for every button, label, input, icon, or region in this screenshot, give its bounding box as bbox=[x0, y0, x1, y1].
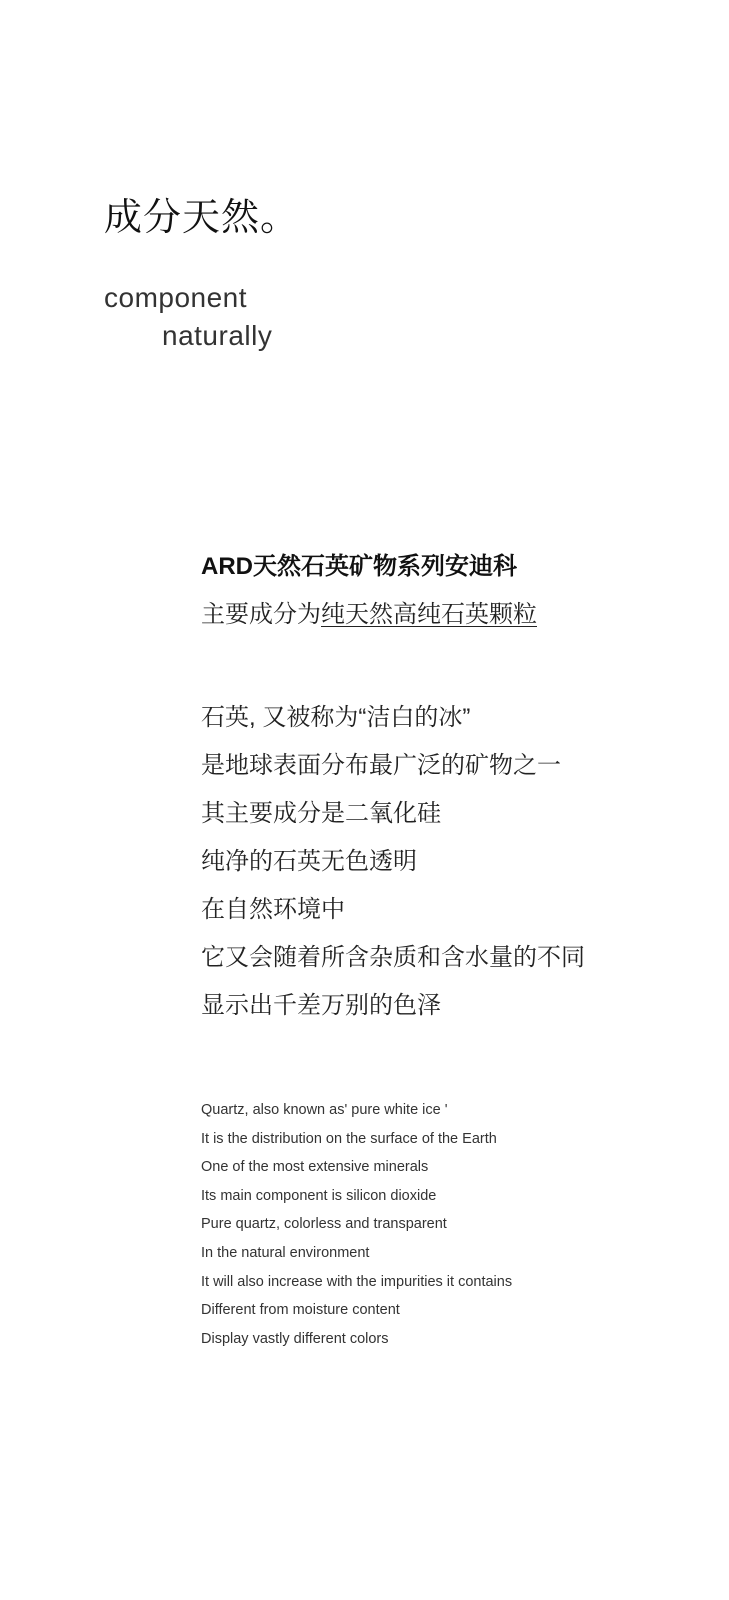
cn-line: 石英, 又被称为“洁白的冰” bbox=[201, 694, 585, 742]
en-line: It will also increase with the impuritie… bbox=[201, 1268, 512, 1297]
en-line: One of the most extensive minerals bbox=[201, 1153, 512, 1182]
chinese-description: 石英, 又被称为“洁白的冰” 是地球表面分布最广泛的矿物之一 其主要成分是二氧化… bbox=[201, 694, 585, 1030]
en-line: It is the distribution on the surface of… bbox=[201, 1125, 512, 1154]
en-line: Display vastly different colors bbox=[201, 1325, 512, 1354]
intro-heading: ARD天然石英矿物系列安迪科 bbox=[201, 552, 537, 582]
en-line: Different from moisture content bbox=[201, 1296, 512, 1325]
cn-line: 显示出千差万别的色泽 bbox=[201, 982, 585, 1030]
section-title-cn: 成分天然。 bbox=[104, 196, 299, 240]
section-title-en-line2: naturally bbox=[162, 320, 272, 352]
intro-subheading: 主要成分为纯天然高纯石英颗粒 bbox=[201, 600, 537, 630]
intro-block: ARD天然石英矿物系列安迪科 主要成分为纯天然高纯石英颗粒 bbox=[201, 552, 537, 630]
en-line: In the natural environment bbox=[201, 1239, 512, 1268]
cn-line: 是地球表面分布最广泛的矿物之一 bbox=[201, 742, 585, 790]
cn-line: 纯净的石英无色透明 bbox=[201, 838, 585, 886]
section-title-en-line1: component bbox=[104, 282, 247, 314]
en-line: Its main component is silicon dioxide bbox=[201, 1182, 512, 1211]
intro-sub-prefix: 主要成分为 bbox=[201, 601, 321, 628]
intro-sub-underlined: 纯天然高纯石英颗粒 bbox=[321, 601, 537, 628]
cn-line: 其主要成分是二氧化硅 bbox=[201, 790, 585, 838]
en-line: Pure quartz, colorless and transparent bbox=[201, 1210, 512, 1239]
cn-line: 它又会随着所含杂质和含水量的不同 bbox=[201, 934, 585, 982]
cn-line: 在自然环境中 bbox=[201, 886, 585, 934]
english-description: Quartz, also known as' pure white ice ' … bbox=[201, 1096, 512, 1353]
en-line: Quartz, also known as' pure white ice ' bbox=[201, 1096, 512, 1125]
